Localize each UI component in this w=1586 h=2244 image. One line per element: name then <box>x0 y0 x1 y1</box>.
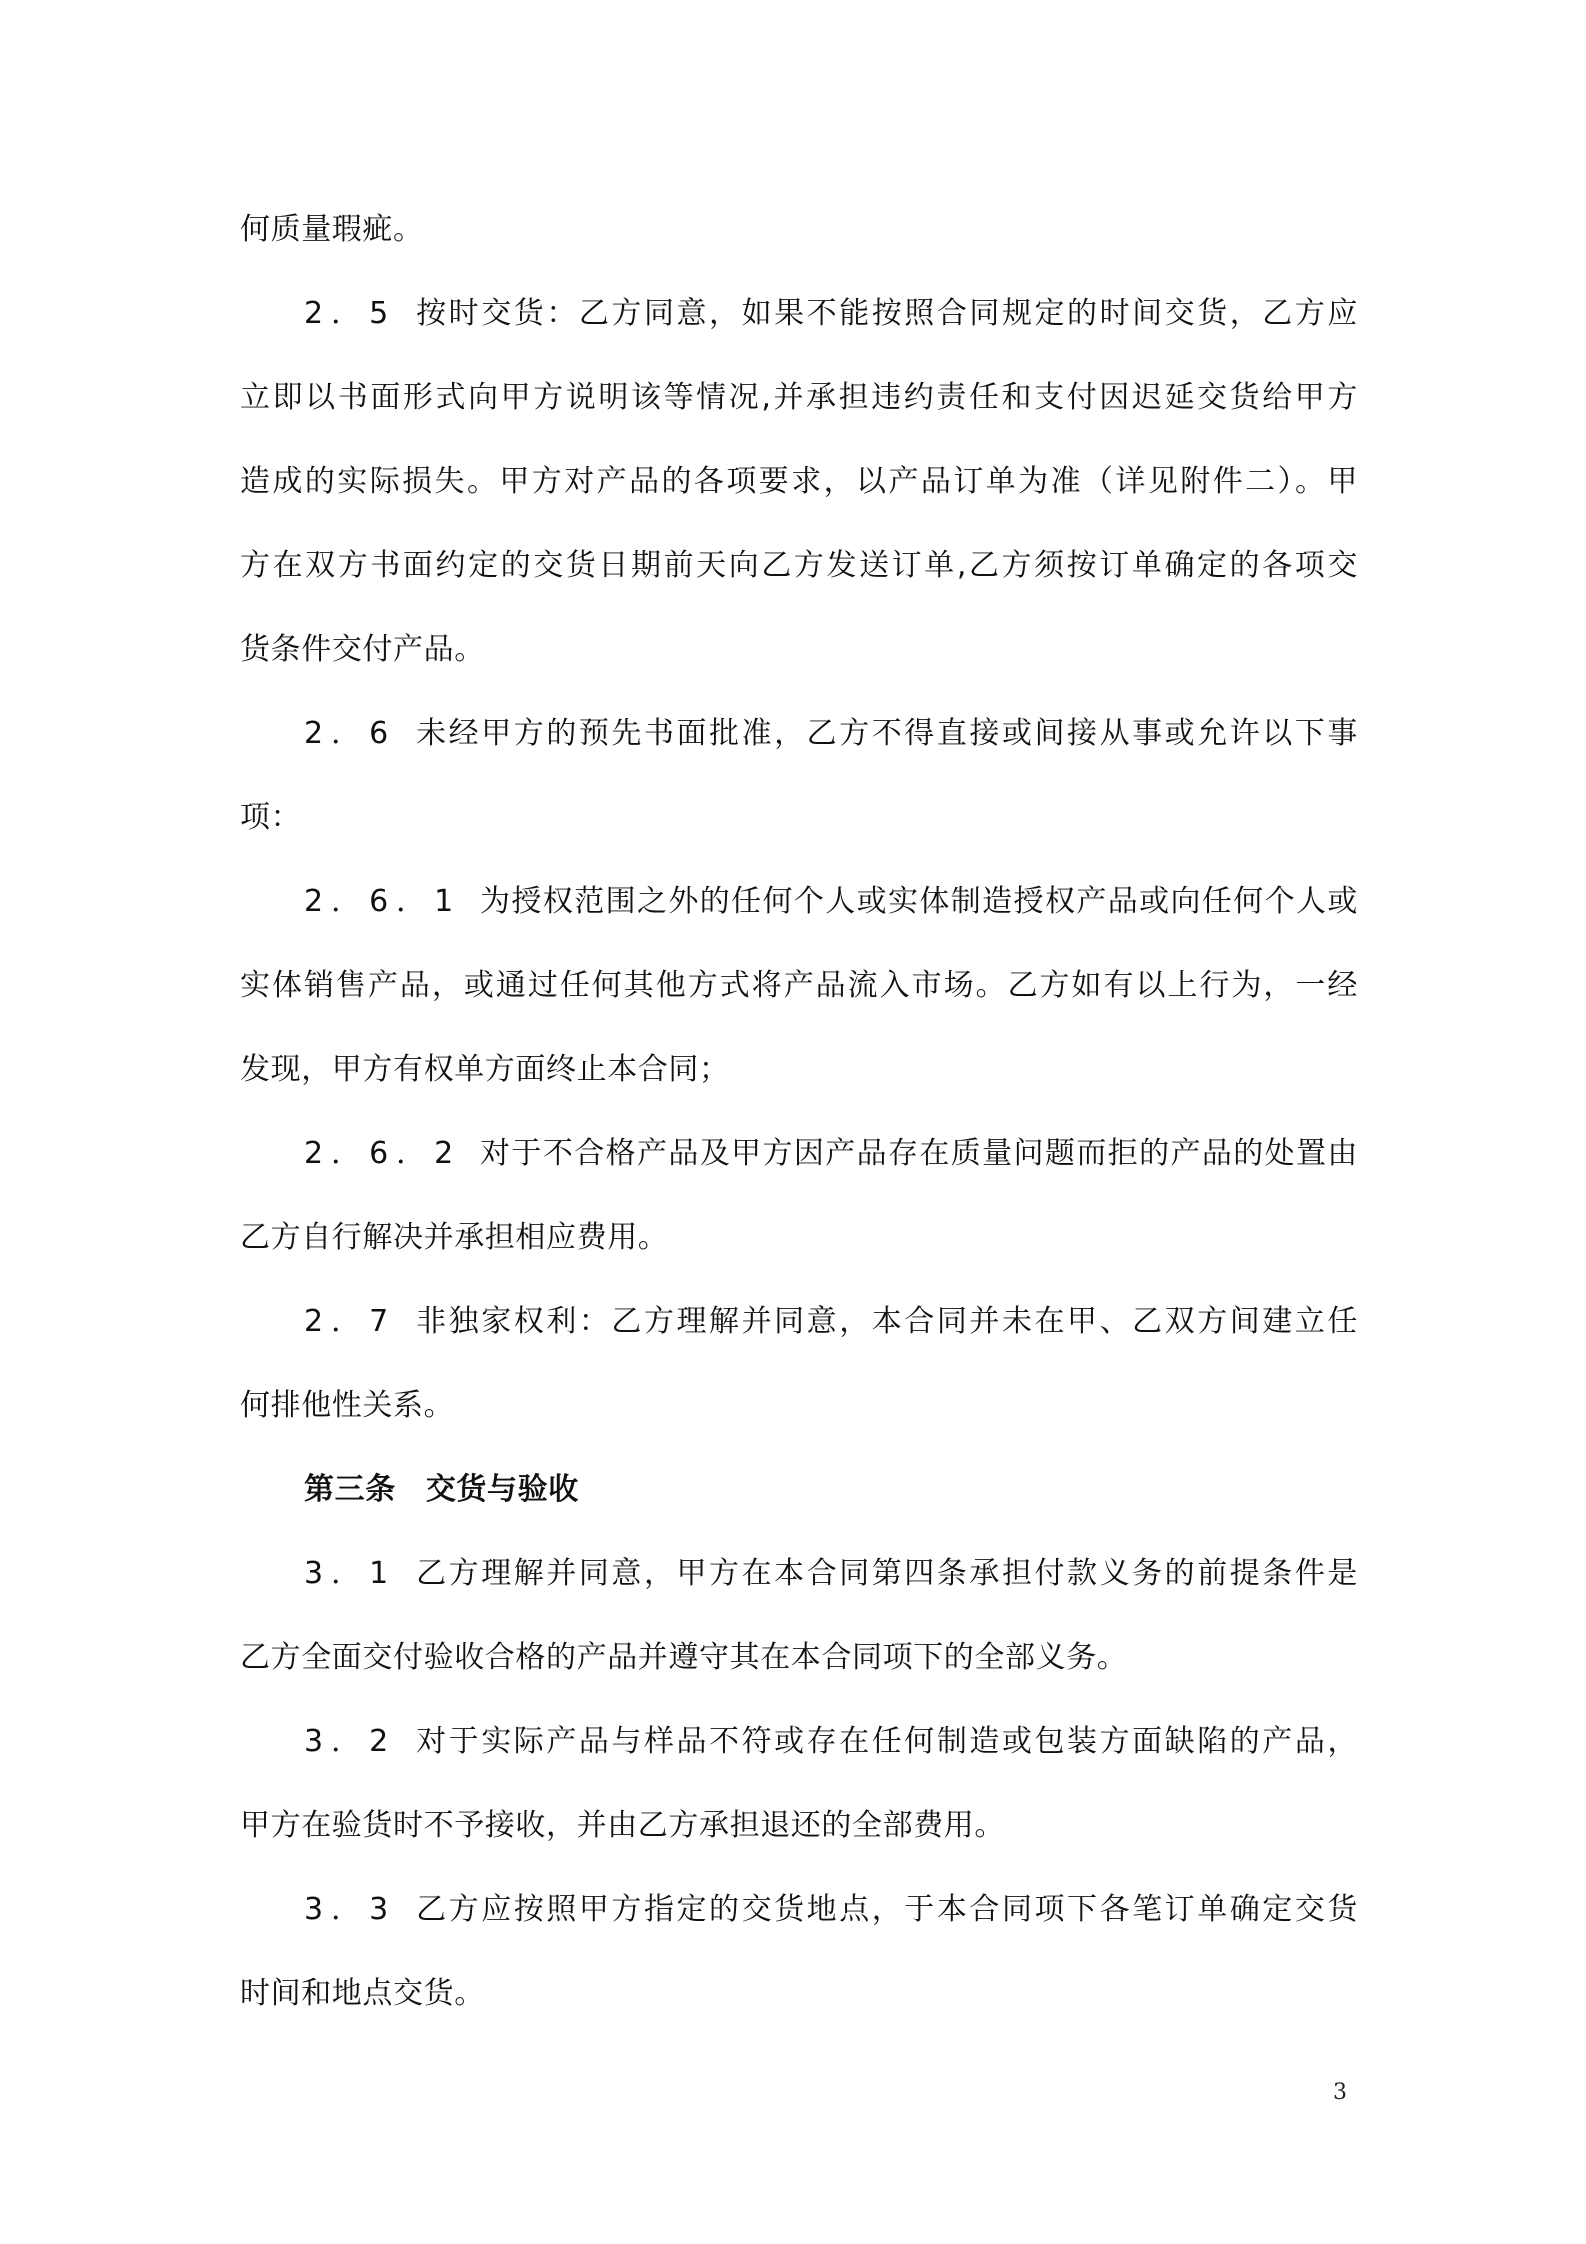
text-line: 立即以书面形式向甲方说明该等情况,并承担违约责任和支付因迟延交货给甲方 <box>240 366 1358 450</box>
paragraph-text: 何排他性关系。 <box>240 1388 454 1423</box>
paragraph-text: 立即以书面形式向甲方说明该等情况,并承担违约责任和支付因迟延交货给甲方 <box>240 380 1358 415</box>
paragraph-text: 货条件交付产品。 <box>240 632 485 667</box>
text-line: 项： <box>240 786 1358 870</box>
clause-3-1-line: 3．1乙方理解并同意，甲方在本合同第四条承担付款义务的前提条件是 <box>240 1542 1358 1626</box>
section-title: 交货与验收 <box>426 1472 579 1507</box>
paragraph-text: 乙方应按照甲方指定的交货地点，于本合同项下各笔订单确定交货 <box>414 1892 1358 1927</box>
paragraph-text: 发现，甲方有权单方面终止本合同； <box>240 1052 730 1087</box>
paragraph-text: 按时交货：乙方同意，如果不能按照合同规定的时间交货，乙方应 <box>414 296 1358 331</box>
paragraph-text: 甲方在验货时不予接收，并由乙方承担退还的全部费用。 <box>240 1808 1005 1843</box>
text-line: 时间和地点交货。 <box>240 1962 1358 2046</box>
clause-number: 3．3 <box>304 1878 396 1942</box>
paragraph-text: 时间和地点交货。 <box>240 1976 485 2011</box>
clause-3-3-line: 3．3乙方应按照甲方指定的交货地点，于本合同项下各笔订单确定交货 <box>240 1878 1358 1962</box>
clause-2-5-line: 2．5按时交货：乙方同意，如果不能按照合同规定的时间交货，乙方应 <box>240 282 1358 366</box>
paragraph-text: 乙方自行解决并承担相应费用。 <box>240 1220 668 1255</box>
text-line: 实体销售产品，或通过任何其他方式将产品流入市场。乙方如有以上行为，一经 <box>240 954 1358 1038</box>
clause-number: 3．1 <box>304 1542 396 1606</box>
paragraph-text: 未经甲方的预先书面批准，乙方不得直接或间接从事或允许以下事 <box>414 716 1358 751</box>
clause-2-6-1-line: 2．6．1为授权范围之外的任何个人或实体制造授权产品或向任何个人或 <box>240 870 1358 954</box>
page-number: 3 <box>1333 2080 1347 2105</box>
text-line: 发现，甲方有权单方面终止本合同； <box>240 1038 1358 1122</box>
clause-3-2-line: 3．2对于实际产品与样品不符或存在任何制造或包装方面缺陷的产品， <box>240 1710 1358 1794</box>
paragraph-text: 造成的实际损失。甲方对产品的各项要求，以产品订单为准（详见附件二）。甲 <box>240 464 1358 499</box>
paragraph-text: 何质量瑕疵。 <box>240 212 424 247</box>
text-line: 乙方自行解决并承担相应费用。 <box>240 1206 1358 1290</box>
clause-2-6-line: 2．6未经甲方的预先书面批准，乙方不得直接或间接从事或允许以下事 <box>240 702 1358 786</box>
section-heading: 第三条交货与验收 <box>240 1458 1358 1542</box>
paragraph-text: 为授权范围之外的任何个人或实体制造授权产品或向任何个人或 <box>479 884 1358 919</box>
clause-number: 2．5 <box>304 282 396 346</box>
clause-number: 3．2 <box>304 1710 396 1774</box>
clause-2-6-2-line: 2．6．2对于不合格产品及甲方因产品存在质量问题而拒的产品的处置由 <box>240 1122 1358 1206</box>
clause-number: 2．6．2 <box>304 1122 461 1186</box>
text-line: 甲方在验货时不予接收，并由乙方承担退还的全部费用。 <box>240 1794 1358 1878</box>
paragraph-text: 对于不合格产品及甲方因产品存在质量问题而拒的产品的处置由 <box>479 1136 1358 1171</box>
document-page: 何质量瑕疵。 2．5按时交货：乙方同意，如果不能按照合同规定的时间交货，乙方应 … <box>240 198 1358 2046</box>
paragraph-text: 对于实际产品与样品不符或存在任何制造或包装方面缺陷的产品， <box>414 1724 1358 1759</box>
paragraph-text: 实体销售产品，或通过任何其他方式将产品流入市场。乙方如有以上行为，一经 <box>240 968 1358 1003</box>
text-line: 何排他性关系。 <box>240 1374 1358 1458</box>
text-line: 货条件交付产品。 <box>240 618 1358 702</box>
text-line: 方在双方书面约定的交货日期前天向乙方发送订单,乙方须按订单确定的各项交 <box>240 534 1358 618</box>
text-line: 何质量瑕疵。 <box>240 198 1358 282</box>
text-line: 乙方全面交付验收合格的产品并遵守其在本合同项下的全部义务。 <box>240 1626 1358 1710</box>
paragraph-text: 非独家权利：乙方理解并同意，本合同并未在甲、乙双方间建立任 <box>414 1304 1358 1339</box>
paragraph-text: 乙方理解并同意，甲方在本合同第四条承担付款义务的前提条件是 <box>414 1556 1358 1591</box>
paragraph-text: 乙方全面交付验收合格的产品并遵守其在本合同项下的全部义务。 <box>240 1640 1127 1675</box>
paragraph-text: 方在双方书面约定的交货日期前天向乙方发送订单,乙方须按订单确定的各项交 <box>240 548 1358 583</box>
clause-2-7-line: 2．7非独家权利：乙方理解并同意，本合同并未在甲、乙双方间建立任 <box>240 1290 1358 1374</box>
paragraph-text: 项： <box>240 800 301 835</box>
clause-number: 2．7 <box>304 1290 396 1354</box>
clause-number: 2．6 <box>304 702 396 766</box>
text-line: 造成的实际损失。甲方对产品的各项要求，以产品订单为准（详见附件二）。甲 <box>240 450 1358 534</box>
section-number: 第三条 <box>304 1472 396 1507</box>
clause-number: 2．6．1 <box>304 870 461 934</box>
